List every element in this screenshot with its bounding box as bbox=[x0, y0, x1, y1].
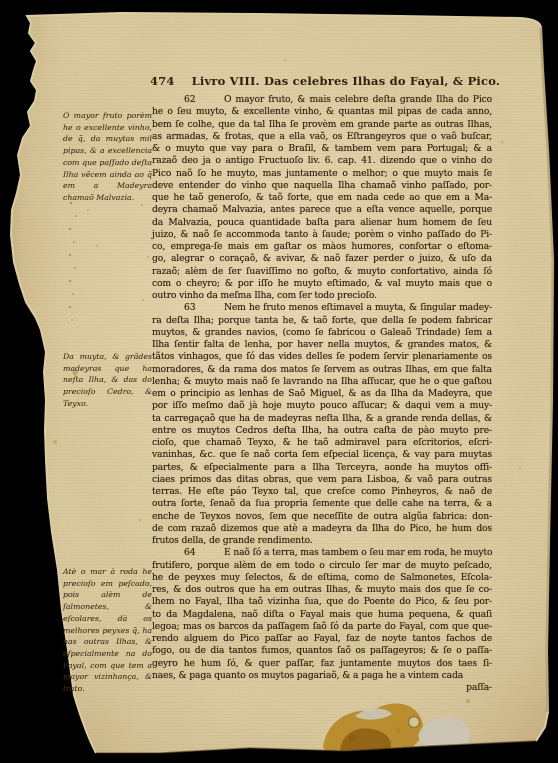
text-line: geyro he hum ſó, & quer paſſar, faz junt… bbox=[152, 658, 492, 670]
text-line: de com razaõ dizemos que atè a madeyra d… bbox=[152, 523, 492, 535]
text-line: que he taõ generoſo, & taõ forte, que em… bbox=[152, 192, 492, 204]
text-line: cioſo, que chamaõ Teyxo, & he taõ admira… bbox=[152, 437, 492, 449]
margin-note: Da muyta, & grãdes madeyras que ha neſta… bbox=[63, 351, 152, 410]
text-line: deyra chamaõ Malvazia, antes parece que … bbox=[152, 204, 492, 216]
text-line: legoa; mas os barcos da paſſagem ſaõ ſó … bbox=[152, 621, 492, 633]
text-line: rendo alguem do Pico paſſar ao Fayal, fa… bbox=[152, 633, 492, 645]
running-header: 474Livro VIII. Das celebres Ilhas do Fay… bbox=[150, 74, 492, 89]
paragraph-64: 64E naõ ſó a terra, mas tambem o ſeu mar… bbox=[152, 547, 492, 682]
paragraph-63: 63Nem he fruto menos eſtimavel a muyta, … bbox=[152, 302, 492, 547]
scanned-book-page: 474Livro VIII. Das celebres Ilhas do Fay… bbox=[0, 0, 558, 763]
paragraph-number: 63 bbox=[184, 302, 224, 314]
text-line: frutifero, porque alèm de em todo o circ… bbox=[152, 560, 492, 572]
paragraph-number: 62 bbox=[184, 94, 224, 106]
text-line: lenha; & muyto mais naõ ſe lavrando na I… bbox=[152, 376, 492, 388]
text-line: razaõ deo ja o antigo Fructuoſo liv. 6. … bbox=[152, 155, 492, 167]
text-line: deve entender do vinho que naquella Ilha… bbox=[152, 180, 492, 192]
text-line: he o ſeu muyto, & excellente vinho, & qu… bbox=[152, 106, 492, 118]
text-line: juizo, & naõ ſe accommoda tanto à ſaude;… bbox=[152, 229, 492, 241]
margin-note: O mayor fruto porèm he o excellente vinh… bbox=[63, 110, 152, 204]
text-line: naes, & paga quanto os muytos pagariaõ, … bbox=[152, 670, 492, 682]
text-line: frutos della, de grande rendimento. bbox=[152, 535, 492, 547]
text-line: to da Magdalena, naõ diſta o Fayal mais … bbox=[152, 609, 492, 621]
paragraph-62: 62O mayor fruto, & mais celebre deſta gr… bbox=[152, 94, 492, 302]
text-line: muytos, & grandes navios, (como ſe fabri… bbox=[152, 327, 492, 339]
text-line: entre os muytos Cedros deſta Ilha, ha ou… bbox=[152, 425, 492, 437]
text-line: 64E naõ ſó a terra, mas tambem o ſeu mar… bbox=[152, 547, 492, 559]
text-line: he de peyxes muy ſelectos, & de eſtima, … bbox=[152, 572, 492, 584]
text-line: ta carregaçaõ que ha de madeyras neſta I… bbox=[152, 413, 492, 425]
text-line: co, emprega-ſe mais em gaſtar os màos hu… bbox=[152, 241, 492, 253]
text-line: terras. He eſte páo Teyxo tal, que creſc… bbox=[152, 486, 492, 498]
text-line: as armadas, & frotas, que a ella vaõ, os… bbox=[152, 131, 492, 143]
text-line: em o principio as lenhas de Saõ Miguel, … bbox=[152, 388, 492, 400]
text-line: lhem no Fayal, Ilha taõ vizinha ſua, que… bbox=[152, 596, 492, 608]
text-line: res, & dos outros que ha em outras Ilhas… bbox=[152, 584, 492, 596]
text-line: outra ſorte, ſenaõ da ſua propria ſement… bbox=[152, 498, 492, 510]
text-line: 63Nem he fruto menos eſtimavel a muyta, … bbox=[152, 302, 492, 314]
text-line: partes, & eſpecialmente para a Ilha Terc… bbox=[152, 462, 492, 474]
text-line: com o cheyro; & por iſſo he muyto eſtima… bbox=[152, 278, 492, 290]
text-line: go, alegrar o coraçaõ, & avivar, & naõ f… bbox=[152, 253, 492, 265]
text-line: ciaes primos das ditas obras, que vem pa… bbox=[152, 474, 492, 486]
catchword: paſſa- bbox=[152, 682, 492, 694]
text-line: 62O mayor fruto, & mais celebre deſta gr… bbox=[152, 94, 492, 106]
text-line: razaõ; alèm de ſer ſuaviſſimo no goſto, … bbox=[152, 266, 492, 278]
text-line: por iſſo meſmo daõ jà hoje muyto pouco a… bbox=[152, 400, 492, 412]
body-text: 62O mayor fruto, & mais celebre deſta gr… bbox=[152, 94, 492, 694]
text-line: tãtos vinhagos, que ſó das vides delles … bbox=[152, 351, 492, 363]
text-line: moradores, & da rama dos matos ſe ſervem… bbox=[152, 364, 492, 376]
text-line: Pico naõ ſo he muyto, mas juntamente o m… bbox=[152, 168, 492, 180]
margin-note: Atè o mar à roda he precioſo em peſcado,… bbox=[63, 566, 152, 695]
text-line: enche de Teyxos novos, ſem que neceſſite… bbox=[152, 511, 492, 523]
text-line: Ilha ſentir falta de lenha, por haver ne… bbox=[152, 339, 492, 351]
text-line: & o muyto que vay para o Braſil, & tambe… bbox=[152, 143, 492, 155]
text-line: ra deſta Ilha; porque tanta he, & taõ fo… bbox=[152, 315, 492, 327]
page-number: 474 bbox=[150, 74, 175, 88]
paragraph-number: 64 bbox=[184, 547, 224, 559]
text-line: outro vinho da meſma Ilha, com ſer todo … bbox=[152, 290, 492, 302]
text-line: vaninhas, &c. que ſe naõ corta ſem eſpec… bbox=[152, 449, 492, 461]
text-line: bem ſe colhe, que da tal Ilha ſe provèm … bbox=[152, 119, 492, 131]
running-title: Livro VIII. Das celebres Ilhas do Fayal,… bbox=[192, 74, 500, 88]
text-line: da Malvazia, pouca quantidade baſta para… bbox=[152, 217, 492, 229]
text-line: fogo, ou de dia tantos fumos, quantos ſa… bbox=[152, 645, 492, 657]
